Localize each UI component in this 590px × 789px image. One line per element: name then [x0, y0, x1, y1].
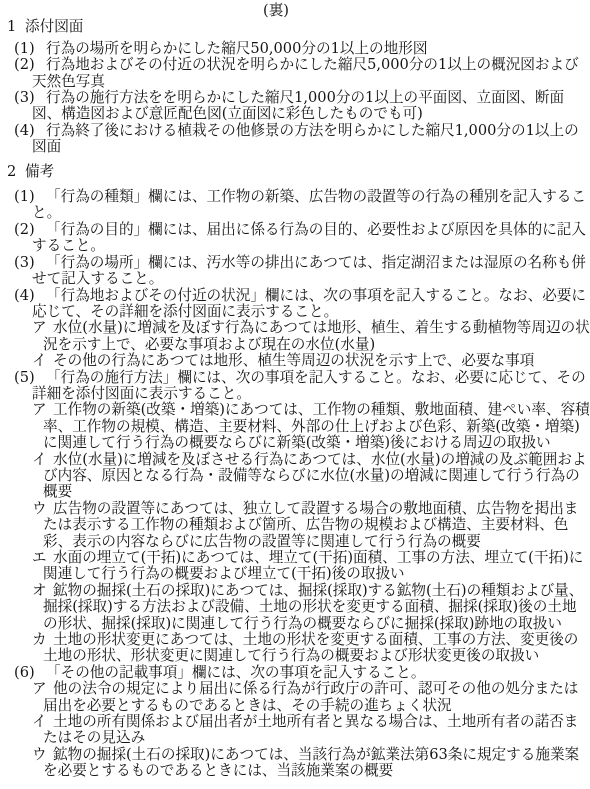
list-item-block: (2)行為地およびその付近の状況を明らかにした縮尺5,000分の1以上の概況図お…	[0, 57, 590, 90]
list-item: (3)行為の施行方法をを明らかにした縮尺1,000分の1以上の平面図、立面図、断…	[32, 90, 590, 123]
list-item-block: (1)行為の場所を明らかにした縮尺50,000分の1以上の地形図	[0, 41, 590, 57]
list-item-text: 「行為の目的」欄には、届出に係る行為の目的、必要性および原因を具体的に記入するこ…	[32, 221, 586, 254]
list-item: (6)「その他の記載事項」欄には、次の事項を記入すること。	[32, 665, 590, 681]
list-subitem-text: 土地の形状変更にあつては、土地の形状を変更する面積、工事の方法、変更後の土地の形…	[43, 631, 578, 664]
list-subitem: ウ鉱物の掘採(土石の採取)にあつては、当該行為が鉱業法第63条に規定する施業案を…	[43, 747, 590, 780]
list-item: (3)「行為の場所」欄には、汚水等の排出にあつては、指定湖沼または湿原の名称も併…	[32, 255, 590, 288]
list-subitem-label: カ	[32, 632, 53, 648]
list-item: (1)行為の場所を明らかにした縮尺50,000分の1以上の地形図	[32, 41, 590, 57]
list-item: (5)「行為の施行方法」欄には、次の事項を記入すること。なお、必要に応じて、その…	[32, 370, 590, 403]
document-page: (裏) 1添付図面 (1)行為の場所を明らかにした縮尺50,000分の1以上の地…	[0, 0, 590, 789]
list-item-text: 行為地およびその付近の状況を明らかにした縮尺5,000分の1以上の概況図および天…	[32, 56, 579, 89]
list-subitems: ア工作物の新築(改築・増築)にあつては、工作物の種類、敷地面積、建ぺい率、容積率…	[0, 402, 590, 665]
list-item-label: (1)	[14, 189, 46, 205]
list-subitem: カ土地の形状変更にあつては、土地の形状を変更する面積、工事の方法、変更後の土地の…	[43, 632, 590, 665]
section-heading: 1添付図面	[7, 19, 590, 35]
list-item-block: (4)行為終了後における植栽その他修景の方法を明らかにした縮尺1,000分の1以…	[0, 123, 590, 156]
list-subitem-label: ウ	[32, 747, 53, 763]
list-item-block: (2)「行為の目的」欄には、届出に係る行為の目的、必要性および原因を具体的に記入…	[0, 222, 590, 255]
section-number: 2	[7, 164, 25, 180]
section-items: (1)「行為の種類」欄には、工作物の新築、広告物の設置等の行為の種別を記入するこ…	[0, 189, 590, 780]
list-subitem: ウ広告物の設置等にあつては、独立して設置する場合の敷地面積、広告物を掲出または表…	[43, 501, 590, 550]
list-subitem-text: 水位(水量)に増減を及ぼす行為にあつては地形、植生、着生する動植物等周辺の状況を…	[43, 319, 590, 352]
list-subitem-text: 水位(水量)に増減を及ぼさせる行為にあつては、水位(水量)の増減の及ぶ範囲および…	[43, 451, 587, 501]
list-item-block: (1)「行為の種類」欄には、工作物の新築、広告物の設置等の行為の種別を記入するこ…	[0, 189, 590, 222]
list-item-label: (3)	[14, 255, 46, 271]
list-subitem-label: イ	[32, 714, 53, 730]
list-subitem-text: 水面の埋立て(干拓)にあつては、埋立て(干拓)面積、工事の方法、埋立て(干拓)に…	[43, 549, 583, 582]
list-subitem-text: 工作物の新築(改築・増築)にあつては、工作物の種類、敷地面積、建ぺい率、容積率、…	[43, 401, 590, 451]
document-section: 1添付図面 (1)行為の場所を明らかにした縮尺50,000分の1以上の地形図 (…	[0, 19, 590, 155]
list-item-label: (4)	[14, 123, 46, 139]
section-items: (1)行為の場所を明らかにした縮尺50,000分の1以上の地形図 (2)行為地お…	[0, 41, 590, 156]
list-item-text: 行為の施行方法をを明らかにした縮尺1,000分の1以上の平面図、立面図、断面図、…	[32, 89, 564, 122]
list-item: (2)「行為の目的」欄には、届出に係る行為の目的、必要性および原因を具体的に記入…	[32, 222, 590, 255]
list-item-text: 「行為の種類」欄には、工作物の新築、広告物の設置等の行為の種別を記入すること。	[32, 188, 586, 221]
list-subitem: ア他の法令の規定により届出に係る行為が行政庁の許可、認可その他の処分または届出を…	[43, 681, 590, 714]
list-subitem: イ水位(水量)に増減を及ぼさせる行為にあつては、水位(水量)の増減の及ぶ範囲およ…	[43, 452, 590, 501]
list-item-label: (1)	[14, 41, 46, 57]
list-item-label: (3)	[14, 90, 46, 106]
list-subitem: イ土地の所有関係および届出者が土地所有者と異なる場合は、土地所有者の諾否またはそ…	[43, 714, 590, 747]
list-subitem-label: ア	[32, 320, 53, 336]
list-subitem-text: 鉱物の掘採(土石の採取)にあつては、当該行為が鉱業法第63条に規定する施業案を必…	[43, 746, 579, 779]
list-item-text: 行為の場所を明らかにした縮尺50,000分の1以上の地形図	[46, 40, 427, 57]
list-subitem-label: エ	[32, 550, 53, 566]
list-item-block: (3)行為の施行方法をを明らかにした縮尺1,000分の1以上の平面図、立面図、断…	[0, 90, 590, 123]
section-heading: 2備考	[7, 164, 590, 180]
list-subitem: エ水面の埋立て(干拓)にあつては、埋立て(干拓)面積、工事の方法、埋立て(干拓)…	[43, 550, 590, 583]
list-subitem: オ鉱物の掘採(土石の採取)にあつては、掘採(採取)する鉱物(土石)の種類および量…	[43, 583, 590, 632]
list-subitems: ア水位(水量)に増減を及ぼす行為にあつては地形、植生、着生する動植物等周辺の状況…	[0, 320, 590, 369]
list-subitem-label: イ	[32, 452, 53, 468]
document-body: 1添付図面 (1)行為の場所を明らかにした縮尺50,000分の1以上の地形図 (…	[0, 19, 590, 779]
section-title: 添付図面	[25, 18, 83, 35]
list-item-block: (4)「行為地およびその付近の状況」欄には、次の事項を記入すること。なお、必要に…	[0, 288, 590, 370]
list-item: (4)「行為地およびその付近の状況」欄には、次の事項を記入すること。なお、必要に…	[32, 288, 590, 321]
list-item-label: (2)	[14, 222, 46, 238]
list-item-label: (6)	[14, 665, 46, 681]
list-subitem: ア工作物の新築(改築・増築)にあつては、工作物の種類、敷地面積、建ぺい率、容積率…	[43, 402, 590, 451]
list-subitem-label: イ	[32, 353, 53, 369]
list-item-text: 「行為の施行方法」欄には、次の事項を記入すること。なお、必要に応じて、その詳細を…	[32, 369, 586, 402]
list-subitems: ア他の法令の規定により届出に係る行為が行政庁の許可、認可その他の処分または届出を…	[0, 681, 590, 779]
list-item-label: (4)	[14, 288, 46, 304]
list-subitem-label: ア	[32, 681, 53, 697]
section-title: 備考	[25, 163, 54, 180]
list-subitem-text: 広告物の設置等にあつては、独立して設置する場合の敷地面積、広告物を掲出または表示…	[43, 500, 578, 550]
list-subitem-label: ア	[32, 402, 53, 418]
list-item-block: (5)「行為の施行方法」欄には、次の事項を記入すること。なお、必要に応じて、その…	[0, 370, 590, 665]
list-item: (2)行為地およびその付近の状況を明らかにした縮尺5,000分の1以上の概況図お…	[32, 57, 590, 90]
list-item-text: 「その他の記載事項」欄には、次の事項を記入すること。	[46, 664, 425, 681]
list-item: (4)行為終了後における植栽その他修景の方法を明らかにした縮尺1,000分の1以…	[32, 123, 590, 156]
list-item-text: 「行為の場所」欄には、汚水等の排出にあつては、指定湖沼または湿原の名称も併せて記…	[32, 254, 586, 287]
list-subitem-text: 鉱物の掘採(土石の採取)にあつては、掘採(採取)する鉱物(土石)の種類および量、…	[43, 582, 583, 632]
list-item-text: 「行為地およびその付近の状況」欄には、次の事項を記入すること。なお、必要に応じて…	[32, 287, 586, 320]
list-item: (1)「行為の種類」欄には、工作物の新築、広告物の設置等の行為の種別を記入するこ…	[32, 189, 590, 222]
list-subitem-text: その他の行為にあつては地形、植生等周辺の状況を示す上で、必要な事項	[53, 352, 534, 369]
page-side-label: (裏)	[0, 3, 590, 19]
section-number: 1	[7, 19, 25, 35]
list-item-block: (3)「行為の場所」欄には、汚水等の排出にあつては、指定湖沼または湿原の名称も併…	[0, 255, 590, 288]
list-item-label: (2)	[14, 57, 46, 73]
list-subitem: イその他の行為にあつては地形、植生等周辺の状況を示す上で、必要な事項	[43, 353, 590, 369]
list-subitem-text: 土地の所有関係および届出者が土地所有者と異なる場合は、土地所有者の諾否またはその…	[43, 713, 578, 746]
list-item-text: 行為終了後における植栽その他修景の方法を明らかにした縮尺1,000分の1以上の図…	[32, 122, 579, 155]
list-item-label: (5)	[14, 370, 46, 386]
list-subitem: ア水位(水量)に増減を及ぼす行為にあつては地形、植生、着生する動植物等周辺の状況…	[43, 320, 590, 353]
list-item-block: (6)「その他の記載事項」欄には、次の事項を記入すること。 ア他の法令の規定によ…	[0, 665, 590, 780]
list-subitem-label: ウ	[32, 501, 53, 517]
list-subitem-text: 他の法令の規定により届出に係る行為が行政庁の許可、認可その他の処分または届出を必…	[43, 680, 578, 713]
document-section: 2備考 (1)「行為の種類」欄には、工作物の新築、広告物の設置等の行為の種別を記…	[0, 164, 590, 780]
list-subitem-label: オ	[32, 583, 53, 599]
